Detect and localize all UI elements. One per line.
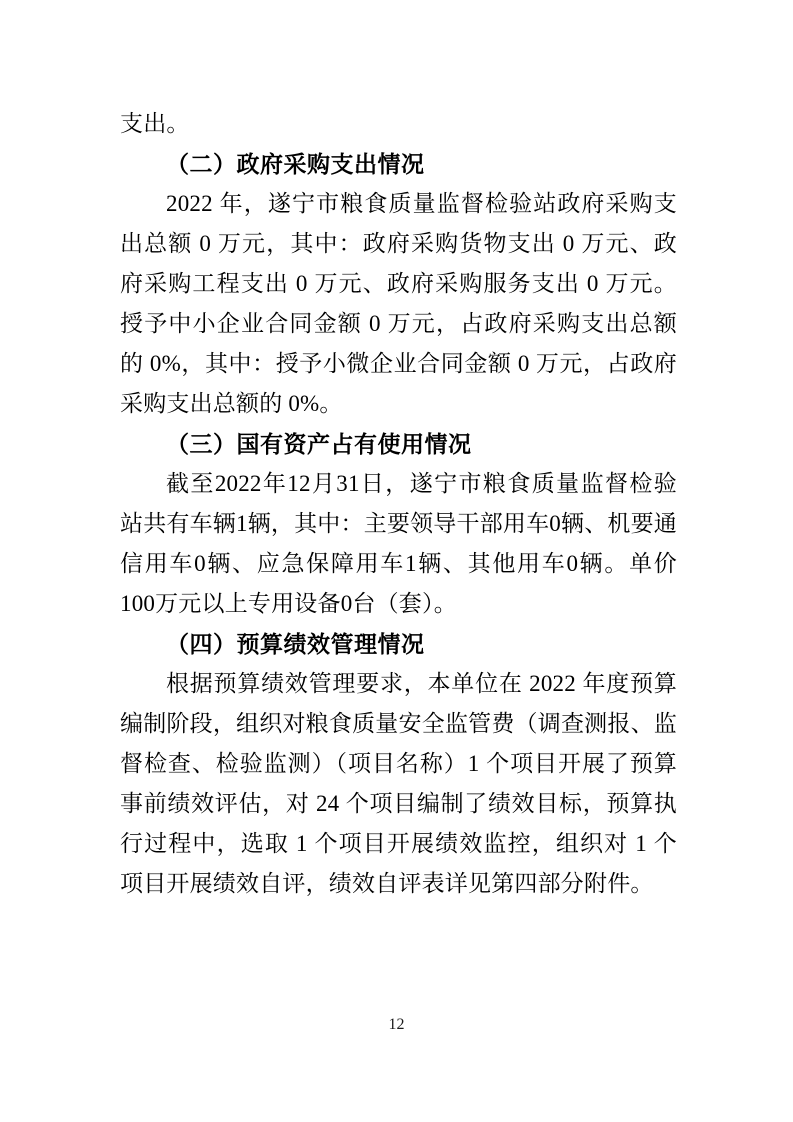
document-page: 支出。 （二）政府采购支出情况 2022 年，遂宁市粮食质量监督检验站政府采购支… [0, 0, 793, 1122]
section-heading-government-procurement: （二）政府采购支出情况 [120, 144, 677, 184]
page-content: 支出。 （二）政府采购支出情况 2022 年，遂宁市粮食质量监督检验站政府采购支… [120, 104, 677, 904]
section-heading-state-assets: （三）国有资产占有使用情况 [120, 424, 677, 464]
paragraph-continuation: 支出。 [120, 104, 677, 144]
page-number: 12 [389, 1016, 405, 1033]
paragraph-state-assets: 截至2022年12月31日，遂宁市粮食质量监督检验站共有车辆1辆，其中：主要领导… [120, 464, 677, 624]
page-footer: 12 [0, 1014, 793, 1036]
section-heading-budget-performance: （四）预算绩效管理情况 [120, 624, 677, 664]
paragraph-government-procurement: 2022 年，遂宁市粮食质量监督检验站政府采购支出总额 0 万元，其中：政府采购… [120, 184, 677, 424]
paragraph-budget-performance: 根据预算绩效管理要求，本单位在 2022 年度预算编制阶段，组织对粮食质量安全监… [120, 664, 677, 904]
